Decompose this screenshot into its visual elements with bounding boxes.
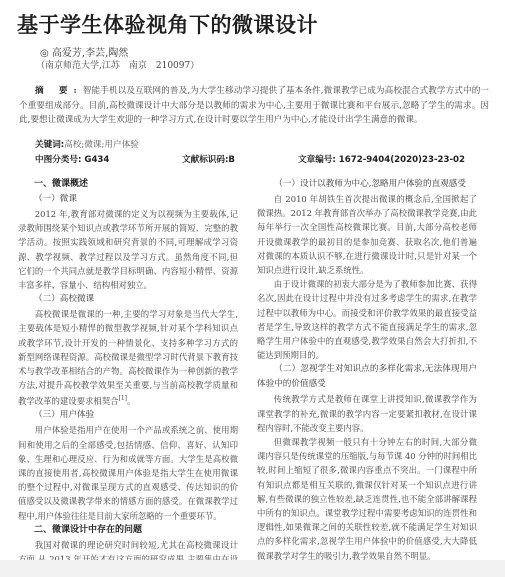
abstract: 摘 要:智能手机以及互联网的普及,为大学生移动学习提供了基本条件,微课教学已成为… bbox=[19, 84, 489, 128]
abstract-text: 智能手机以及互联网的普及,为大学生移动学习提供了基本条件,微课教学已成为高校混合… bbox=[19, 86, 489, 125]
section-heading: 一、微课概述 bbox=[34, 177, 238, 192]
paragraph: 传统教学方式是教师在课堂上讲授知识,微课教学作为课堂教学的补充,微课的教学内容一… bbox=[257, 392, 477, 435]
subsection-heading: （三）用户体验 bbox=[34, 408, 238, 423]
keywords-value: 高校;微课;用户体验 bbox=[64, 140, 139, 150]
left-column: 一、微课概述 （一）微课 2012 年,教育部对微课的定义为以视频为主要载体,记… bbox=[18, 177, 238, 577]
viewer-bottom-bar bbox=[0, 560, 505, 577]
citation-ref[interactable]: [1] bbox=[119, 395, 128, 402]
paragraph-end: 。 bbox=[127, 396, 135, 406]
keywords: 关键词:高校;微课;用户体验 bbox=[35, 138, 139, 150]
paragraph: 由于设计微课的初衷大部分是为了教师参加比赛、获得名次,因此在设计过程中并没有过多… bbox=[257, 277, 477, 362]
paragraph: 高校微课是微课的一种,主要的学习对象是当代大学生,主要载体是短小精悍的微型教学视… bbox=[18, 307, 238, 408]
clc-number: 中图分类号: G434 bbox=[35, 153, 109, 165]
paragraph: 但微课教学视频一般只有十分钟左右的时间,大部分微课内容只是传统课堂的压缩版,与每… bbox=[257, 435, 477, 563]
affiliation: （南京师范大学,江苏 南京 210097） bbox=[36, 58, 199, 71]
document-code: 文献标识码:B bbox=[182, 153, 235, 165]
keywords-label: 关键词: bbox=[35, 140, 64, 150]
subsection-heading: （一）微课 bbox=[34, 192, 238, 207]
article-number: 文章编号: 1672-9404(2020)23-23-02 bbox=[298, 153, 465, 165]
abstract-label: 摘 要: bbox=[35, 86, 83, 96]
article-page: 基于学生体验视角下的微课设计 ◎ 高爱芳,李芸,陶然 （南京师范大学,江苏 南京… bbox=[0, 0, 505, 560]
subsection-heading: （二）忽视学生对知识点的多样化需求,无法体现用户体验中的价值感受 bbox=[257, 362, 477, 392]
paragraph: 自 2010 年胡铁生首次提出微课的概念后,全国掀起了微课热。2012 年教育部… bbox=[257, 192, 477, 277]
subsection-heading: （一）设计以教师为中心,忽略用户体验的直观感受 bbox=[257, 177, 477, 192]
subsection-heading: （二）高校微课 bbox=[34, 292, 238, 307]
authors: ◎ 高爱芳,李芸,陶然 bbox=[40, 44, 128, 59]
paragraph: 2012 年,教育部对微课的定义为以视频为主要载体,记录教师围绕某个知识点或教学… bbox=[18, 207, 238, 292]
paragraph: 用户体验是指用户在使用一个产品或系统之前、使用期间和使用之后的全部感受,包括情感… bbox=[18, 423, 238, 522]
paragraph-text: 高校微课是微课的一种,主要的学习对象是当代大学生,主要载体是短小精悍的微型教学视… bbox=[18, 309, 238, 406]
right-column: （一）设计以教师为中心,忽略用户体验的直观感受 自 2010 年胡铁生首次提出微… bbox=[257, 177, 477, 577]
article-title: 基于学生体验视角下的微课设计 bbox=[17, 9, 318, 39]
section-heading: 二、微课设计中存在的问题 bbox=[34, 523, 238, 538]
